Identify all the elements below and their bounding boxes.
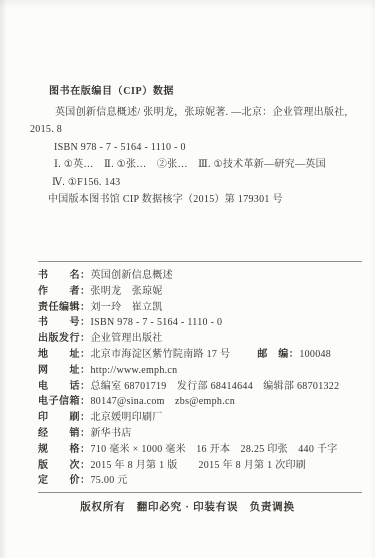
- cip-line-class-number: Ⅳ. ①F156. 143: [30, 174, 361, 192]
- info-value: 710 毫米 × 1000 毫米 16 开本 28.25 印张 440 千字: [91, 442, 338, 458]
- info-label: 印 刷：: [38, 410, 91, 426]
- info-row-price: 定 价： 75.00 元: [38, 473, 365, 489]
- info-value: 英国创新信息概述: [91, 268, 173, 284]
- divider-line-top: [38, 261, 362, 262]
- cip-line-classification: Ⅰ. ①英… Ⅱ. ①张… ②张… Ⅲ. ①技术革新—研究—英国: [30, 156, 361, 174]
- info-label: 书 号：: [38, 315, 91, 331]
- info-value: 2015 年 8 月第 1 版: [91, 458, 178, 474]
- divider-line-bottom: [38, 492, 362, 493]
- info-value: ISBN 978 - 7 - 5164 - 1110 - 0: [91, 315, 223, 331]
- info-value: 北京市海淀区紫竹院南路 17 号: [91, 347, 231, 363]
- info-value: 新华书店: [91, 426, 132, 442]
- cip-line-record-number: 中国版本图书馆 CIP 数据核字（2015）第 179301 号: [30, 191, 361, 209]
- info-row-isbn: 书 号： ISBN 978 - 7 - 5164 - 1110 - 0: [38, 315, 365, 331]
- publication-info-block: 书 名： 英国创新信息概述 作 者： 张明龙 张琼妮 责任编辑： 刘一玲 崔立凯…: [38, 268, 365, 489]
- info-value: 总编室 68701719 发行部 68414644 编辑部 68701322: [91, 379, 340, 395]
- info-label: 电子信箱：: [38, 394, 91, 410]
- info-row-authors: 作 者： 张明龙 张琼妮: [38, 284, 365, 300]
- info-row-website: 网 址： http://www.emph.cn: [38, 363, 365, 379]
- cip-heading: 图书在版编目（CIP）数据: [30, 83, 361, 101]
- info-label: 版 次：: [38, 458, 91, 474]
- info-label: 经 销：: [38, 426, 91, 442]
- info-label: 规 格：: [38, 442, 91, 458]
- info-row-address: 地 址： 北京市海淀区紫竹院南路 17 号 邮 编： 100048: [38, 347, 365, 363]
- cip-line-year: 2015. 8: [30, 121, 361, 139]
- info-label: 出版发行：: [38, 331, 91, 347]
- info-label: 作 者：: [38, 284, 91, 300]
- info-value: 企业管理出版社: [91, 331, 163, 347]
- info-label: 定 价：: [38, 473, 91, 489]
- cip-line-isbn: ISBN 978 - 7 - 5164 - 1110 - 0: [30, 139, 361, 157]
- info-row-format: 规 格： 710 毫米 × 1000 毫米 16 开本 28.25 印张 440…: [38, 442, 365, 458]
- cip-line-title: 英国创新信息概述/ 张明龙，张琼妮著. —北京：企业管理出版社,: [30, 104, 361, 122]
- info-row-book-title: 书 名： 英国创新信息概述: [38, 268, 365, 284]
- info-label: 责任编辑：: [38, 300, 91, 316]
- info-row-phones: 电 话： 总编室 68701719 发行部 68414644 编辑部 68701…: [38, 379, 365, 395]
- info-row-publisher: 出版发行： 企业管理出版社: [38, 331, 365, 347]
- info-value: 75.00 元: [91, 473, 128, 489]
- info-row-printer: 印 刷： 北京媛明印刷厂: [38, 410, 365, 426]
- printing-run-value: 2015 年 8 月第 1 次印刷: [199, 458, 307, 474]
- cip-block: 图书在版编目（CIP）数据 英国创新信息概述/ 张明龙，张琼妮著. —北京：企业…: [30, 83, 361, 209]
- postal-code-label: 邮 编：: [257, 347, 299, 363]
- info-value: http://www.emph.cn: [91, 363, 178, 379]
- info-value: 北京媛明印刷厂: [91, 410, 163, 426]
- copyright-notice: 版权所有 翻印必究 · 印装有误 负责调换: [0, 499, 375, 514]
- info-label: 电 话：: [38, 379, 91, 395]
- info-row-edition: 版 次： 2015 年 8 月第 1 版 2015 年 8 月第 1 次印刷: [38, 458, 365, 474]
- info-row-editors: 责任编辑： 刘一玲 崔立凯: [38, 300, 365, 316]
- info-label: 书 名：: [38, 268, 91, 284]
- info-label: 地 址：: [38, 347, 91, 363]
- info-value: 80147@sina.com zbs@emph.cn: [91, 394, 236, 410]
- info-value: 刘一玲 崔立凯: [91, 300, 163, 316]
- info-label: 网 址：: [38, 363, 91, 379]
- info-value: 张明龙 张琼妮: [91, 284, 163, 300]
- info-row-distributor: 经 销： 新华书店: [38, 426, 365, 442]
- info-row-email: 电子信箱： 80147@sina.com zbs@emph.cn: [38, 394, 365, 410]
- book-copyright-page: 图书在版编目（CIP）数据 英国创新信息概述/ 张明龙，张琼妮著. —北京：企业…: [0, 0, 375, 558]
- postal-code-value: 100048: [299, 347, 331, 363]
